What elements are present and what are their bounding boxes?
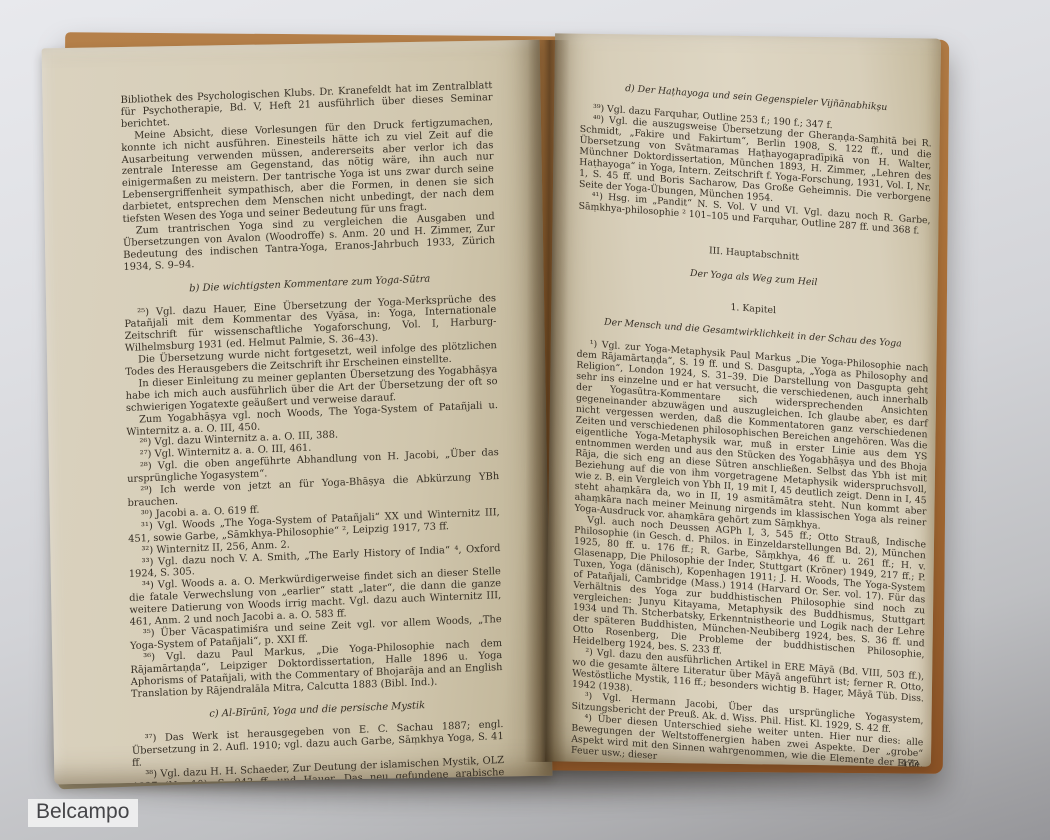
- paragraph: Meine Absicht, diese Vorlesungen für den…: [121, 116, 494, 226]
- left-page-text: Bibliothek des Psychologischen Klubs. Dr…: [120, 80, 505, 784]
- book-photo: Bibliothek des Psychologischen Klubs. Dr…: [0, 0, 1050, 840]
- section-heading-b: b) Die wichtigsten Kommentare zum Yoga-S…: [124, 271, 496, 298]
- open-book: Bibliothek des Psychologischen Klubs. Dr…: [0, 0, 1050, 840]
- right-page: d) Der Haṭhayoga und sein Gegenspieler V…: [545, 33, 941, 766]
- footnote-1: ¹) Vgl. zur Yoga-Metaphysik Paul Markus …: [574, 338, 928, 540]
- paragraph: Vgl. auch noch Deussen AGPh I, 3, 545 ff…: [573, 514, 927, 672]
- right-page-text: d) Der Haṭhayoga und sein Gegenspieler V…: [571, 80, 932, 767]
- watermark-label: Belcampo: [28, 799, 138, 827]
- section-heading-c: c) Al-Bīrūnī, Yoga und die persische Mys…: [131, 697, 503, 724]
- left-page: Bibliothek des Psychologischen Klubs. Dr…: [42, 40, 553, 785]
